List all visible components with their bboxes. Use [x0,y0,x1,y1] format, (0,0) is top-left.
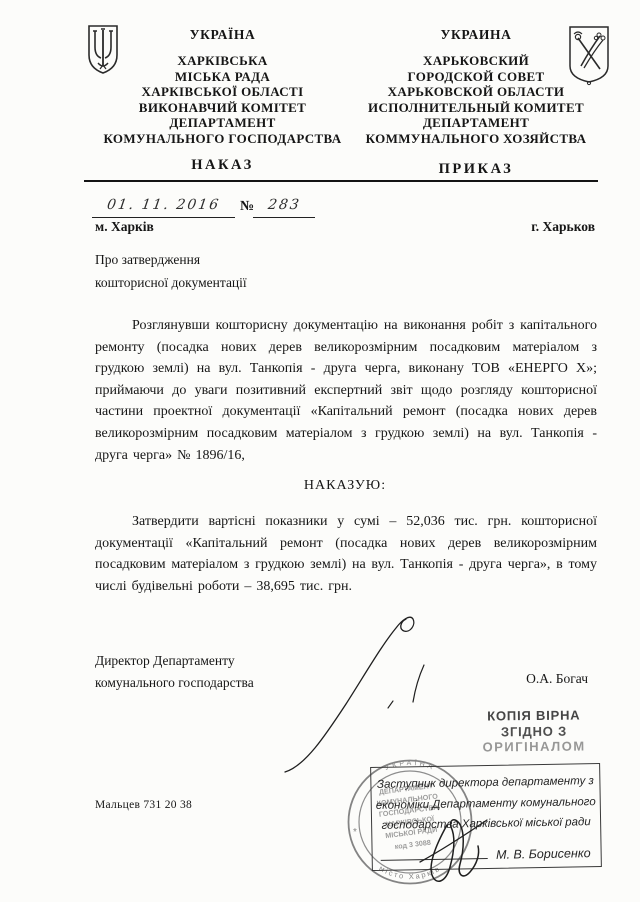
doc-type-ua: НАКАЗ [85,157,360,174]
date-field: 01. 11. 2016 [92,196,235,218]
copy-stamp-line: ОРИГІНАЛОМ [477,738,591,755]
org-line: ХАРКІВСЬКА [85,53,360,69]
signer-name: О.А. Богач [500,671,588,687]
subject-line: кошторисної документації [95,272,415,295]
handwritten-date: 01. 11. 2016 [106,197,221,213]
org-line: МІСЬКА РАДА [85,69,360,85]
deputy-signature [395,805,500,900]
org-line: ДЕПАРТАМЕНТ [85,115,360,131]
org-line: ХАРКІВСЬКОЇ ОБЛАСТІ [85,84,360,100]
header-divider [84,180,598,182]
handwritten-number: 283 [267,197,302,213]
org-line: ИСПОЛНИТЕЛЬНЫЙ КОМИТЕТ [356,100,596,116]
doc-type-ru: ПРИКАЗ [356,161,596,178]
subject-block: Про затвердження кошторисної документаці… [95,249,415,294]
subject-line: Про затвердження [95,249,415,272]
org-line: КОМУНАЛЬНОГО ГОСПОДАРСТВА [85,131,360,147]
org-line: ВИКОНАВЧИЙ КОМІТЕТ [85,100,360,116]
org-line: ХАРЬКОВСКИЙ [356,53,596,69]
country-name-ua: УКРАЇНА [85,27,360,43]
body-paragraph-1: Розглянувши кошторисну документацію на в… [95,315,597,466]
copy-stamp-line: ЗГІДНО З [477,723,591,740]
org-line: ГОРОДСКОЙ СОВЕТ [356,69,596,85]
seal-star: * [353,827,357,838]
number-field: 283 [253,196,315,218]
deputy-name: М. В. Борисенко [496,846,591,862]
order-word: НАКАЗУЮ: [95,478,595,494]
city-left: м. Харків [95,219,154,235]
country-name-ru: УКРАИНА [356,27,596,43]
number-sign: № [240,199,254,215]
copy-stamp-line: КОПІЯ ВІРНА [477,707,591,724]
org-line: КОММУНАЛЬНОГО ХОЗЯЙСТВА [356,131,596,147]
org-line: ХАРЬКОВСКОЙ ОБЛАСТИ [356,84,596,100]
copy-certified-stamp: КОПІЯ ВІРНА ЗГІДНО З ОРИГІНАЛОМ [477,707,591,755]
org-line: ДЕПАРТАМЕНТ [356,115,596,131]
org-name-ru: ХАРЬКОВСКИЙ ГОРОДСКОЙ СОВЕТ ХАРЬКОВСКОЙ … [356,53,596,146]
body-paragraph-2: Затвердити вартісні показники у сумі – 5… [95,511,597,597]
executor-contact: Мальцев 731 20 38 [95,799,192,811]
scanned-order-document: УКРАЇНА ХАРКІВСЬКА МІСЬКА РАДА ХАРКІВСЬК… [0,0,640,902]
city-right: г. Харьков [503,219,595,235]
org-name-ua: ХАРКІВСЬКА МІСЬКА РАДА ХАРКІВСЬКОЇ ОБЛАС… [85,53,360,146]
